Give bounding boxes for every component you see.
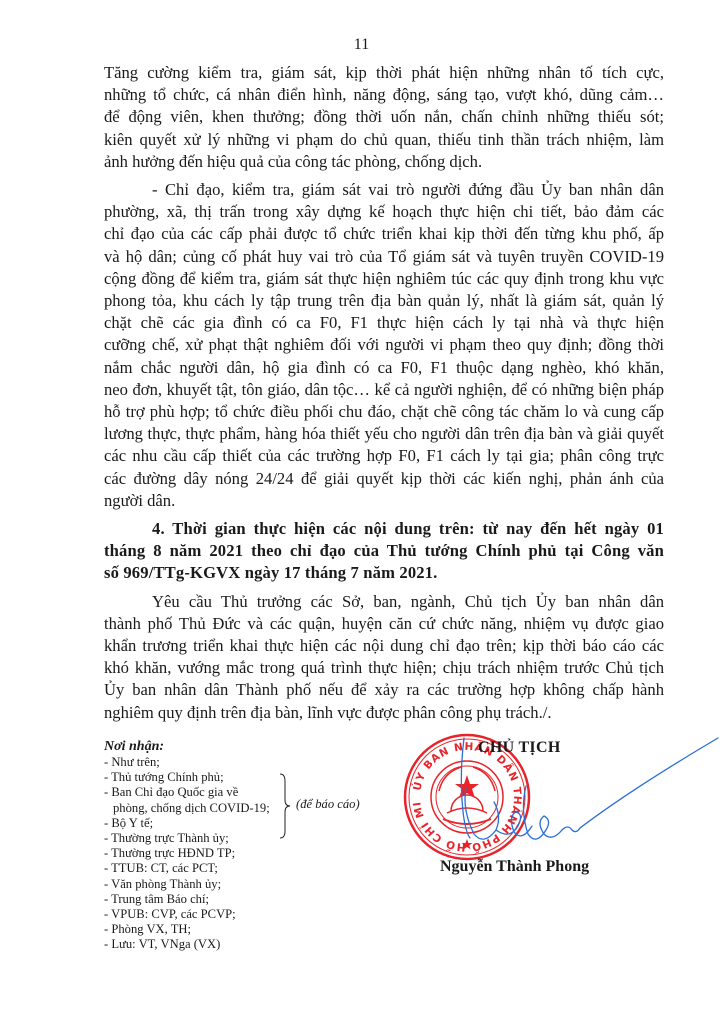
recipient-item: - Lưu: VT, VNga (VX)	[104, 937, 394, 952]
recipients-title: Nơi nhận:	[104, 738, 394, 755]
text-line: người dân.	[104, 490, 664, 512]
recipient-item: - Thường trực Thành ủy;	[104, 831, 394, 846]
recipient-item: - Trung tâm Báo chí;	[104, 892, 394, 907]
recipient-item: - Thường trực HĐND TP;	[104, 846, 394, 861]
text-line: tháng 8 năm 2021 theo chỉ đạo của Thủ tư…	[104, 540, 664, 562]
paragraph-timeframe: 4. Thời gian thực hiện các nội dung trên…	[104, 518, 664, 585]
text-line: cưỡng chế, xử phạt thật nghiêm đối với n…	[104, 334, 664, 356]
text-line: số 969/TTg-KGVX ngày 17 tháng 7 năm 2021…	[104, 562, 664, 584]
text-line: 4. Thời gian thực hiện các nội dung trên…	[104, 518, 664, 540]
signer-name: Nguyễn Thành Phong	[440, 858, 589, 876]
text-line: Tăng cường kiểm tra, giám sát, kịp thời …	[104, 62, 664, 84]
recipient-item: - Bộ Y tế;	[104, 816, 394, 831]
recipient-item: - Như trên;	[104, 755, 394, 770]
text-line: và hộ dân; củng cố phát huy vai trò của …	[104, 246, 664, 268]
paragraph-commendation: Tăng cường kiểm tra, giám sát, kịp thời …	[104, 62, 664, 173]
text-line: Yêu cầu Thủ trưởng các Sở, ban, ngành, C…	[104, 591, 664, 613]
text-line: để động viên, khen thưởng; đồng thời uốn…	[104, 106, 664, 128]
text-line: phường, xã, thị trấn trong xây dựng kế h…	[104, 201, 664, 223]
text-line: các nhu cầu cấp thiết của các trường hợp…	[104, 445, 664, 467]
text-line: chặt chẽ các gia đình có ca F0, F1 thực …	[104, 312, 664, 334]
text-line: các đường dây nóng 24/24 để giải quyết k…	[104, 468, 664, 490]
text-line: chỉ đạo của các cấp phải được tổ chức tr…	[104, 223, 664, 245]
paragraph-request: Yêu cầu Thủ trưởng các Sở, ban, ngành, C…	[104, 591, 664, 724]
recipient-item: - Thủ tướng Chính phủ;	[104, 770, 394, 785]
right-brace-icon	[279, 773, 291, 839]
report-note: (để báo cáo)	[296, 797, 360, 812]
text-line: ảnh hưởng đến hiệu quả của công tác phòn…	[104, 151, 664, 173]
text-line: những tổ chức, cá nhân điển hình, năng đ…	[104, 84, 664, 106]
text-line: nắm chắc người dân, hộ gia đình có ca F0…	[104, 357, 664, 379]
text-line: - Chỉ đạo, kiểm tra, giám sát vai trò ng…	[104, 179, 664, 201]
text-line: phong tỏa, khu cách ly tập trung trên đị…	[104, 290, 664, 312]
text-line: neo đơn, khuyết tật, tôn giáo, dân tộc… …	[104, 379, 664, 401]
recipient-item: - TTUB: CT, các PCT;	[104, 861, 394, 876]
text-line: thành phố Thủ Đức và các quận, huyện căn…	[104, 613, 664, 635]
text-line: khẩn trương triển khai thực hiện các nội…	[104, 635, 664, 657]
text-line: hỗ trợ phù hợp; tổ chức điều phối chu đá…	[104, 401, 664, 423]
text-line: khó khăn, vướng mắc trong quá trình thực…	[104, 657, 664, 679]
page-number: 11	[0, 36, 723, 54]
text-line: Ủy ban nhân dân Thành phố nếu để xảy ra …	[104, 679, 664, 701]
recipients-block: Nơi nhận: - Như trên; - Thủ tướng Chính …	[104, 738, 394, 953]
paragraph-direction: - Chỉ đạo, kiểm tra, giám sát vai trò ng…	[104, 179, 664, 512]
text-line: lương thực, thực phẩm, hàng hóa thiết yế…	[104, 423, 664, 445]
recipient-item: - Phòng VX, TH;	[104, 922, 394, 937]
recipients-list: - Như trên; - Thủ tướng Chính phủ; - Ban…	[104, 755, 394, 953]
text-line: cộng đồng để kiểm tra, giám sát thực hiệ…	[104, 268, 664, 290]
recipient-item: - VPUB: CVP, các PCVP;	[104, 907, 394, 922]
text-line: kiên quyết xử lý những vi phạm do chủ qu…	[104, 129, 664, 151]
document-body: Tăng cường kiểm tra, giám sát, kịp thời …	[104, 62, 664, 730]
recipient-item: - Văn phòng Thành ủy;	[104, 877, 394, 892]
